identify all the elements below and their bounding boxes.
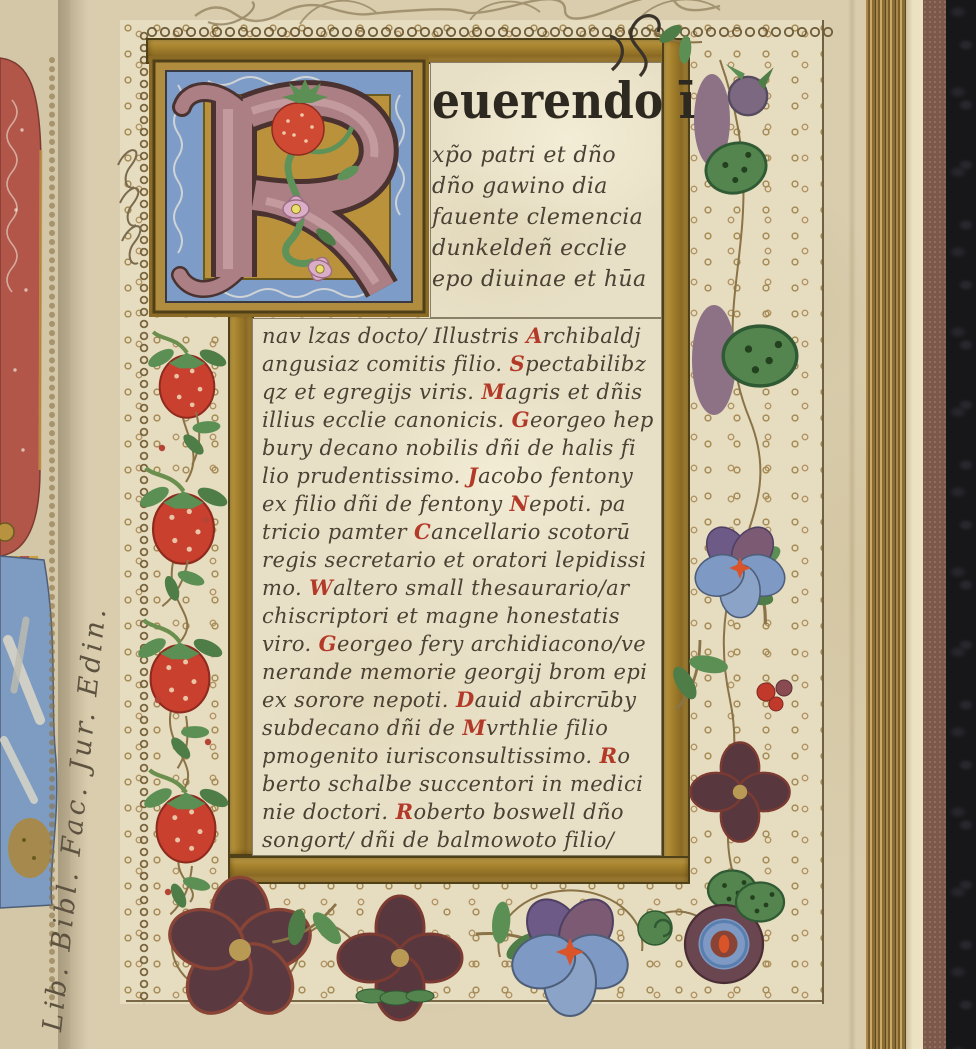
text-block-main: nav lzas docto/ Illustris Archibaldjangu… xyxy=(262,322,666,854)
manuscript-text-line: mo. Waltero small thesaurario/ar xyxy=(262,574,666,602)
manuscript-text-line: euerendo ī xyxy=(432,70,668,135)
text-block-upper: euerendo ī xp̃o patri et dñodño gawino d… xyxy=(432,70,668,295)
manuscript-text-line: subdecano dñi de Mvrthlie filio xyxy=(262,714,666,742)
manuscript-text-line: chiscriptori et magne honestatis xyxy=(262,602,666,630)
manuscript-text-line: bury decano nobilis dñi de halis fi xyxy=(262,434,666,462)
manuscript-text-line: songort/ dñi de balmowoto filio/ xyxy=(262,826,666,854)
manuscript-text-line: lio prudentissimo. Jacobo fentony xyxy=(262,462,666,490)
manuscript-text-line: nav lzas docto/ Illustris Archibaldj xyxy=(262,322,666,350)
gold-roundel xyxy=(0,523,14,541)
page-edge-strip xyxy=(906,0,923,1049)
manuscript-text-line: epo diuinae et hūa xyxy=(432,264,668,295)
manuscript-text-line: angusiaz comitis filio. Spectabilibz xyxy=(262,350,666,378)
illuminated-initial-R xyxy=(148,55,430,318)
manuscript-page-photo: euerendo ī xp̃o patri et dñodño gawino d… xyxy=(0,0,976,1049)
manuscript-text-line: berto schalbe succentori in medici xyxy=(262,770,666,798)
scallop-penwork-edging xyxy=(146,22,834,38)
parchment-crease xyxy=(848,0,856,1049)
manuscript-text-line: regis secretario et oratori lepidissi xyxy=(262,546,666,574)
manuscript-text-line: fauente clemencia xyxy=(432,202,668,233)
gold-frame-left xyxy=(228,312,254,856)
dedication-lines-beside-initial: xp̃o patri et dñodño gawino diafauente c… xyxy=(432,140,668,295)
facing-red-filigree-band xyxy=(0,58,41,556)
manuscript-text-line: illius ecclie canonicis. Georgeo hep xyxy=(262,406,666,434)
manuscript-text-line: viro. Georgeo fery archidiacono/ve xyxy=(262,630,666,658)
manuscript-text-line: xp̃o patri et dño xyxy=(432,140,668,171)
manuscript-text-line: qz et egregijs viris. Magris et dñis xyxy=(262,378,666,406)
manuscript-text-line: ex filio dñi de fentony Nepoti. pa xyxy=(262,490,666,518)
manuscript-text-line: dño gawino dia xyxy=(432,171,668,202)
manuscript-text-line: dunkeldeñ ecclie xyxy=(432,233,668,264)
manuscript-text-line: nie doctori. Roberto boswell dño xyxy=(262,798,666,826)
border-bottom-rule xyxy=(126,1000,822,1002)
black-leather-backdrop xyxy=(946,0,976,1049)
opening-line-blackletter: euerendo ī xyxy=(432,70,668,128)
manuscript-text-line: pmogenito iurisconsultissimo. Ro xyxy=(262,742,666,770)
book-fore-edge xyxy=(866,0,906,1049)
gold-frame-bottom xyxy=(228,856,690,884)
manuscript-text-line: nerande memorie georgij brom epi xyxy=(262,658,666,686)
manuscript-text-line: ex sorore nepoti. Dauid abircrūby xyxy=(262,686,666,714)
cover-edge-brown xyxy=(923,0,946,1049)
manuscript-text-line: tricio pamter Cancellario scotorū xyxy=(262,518,666,546)
